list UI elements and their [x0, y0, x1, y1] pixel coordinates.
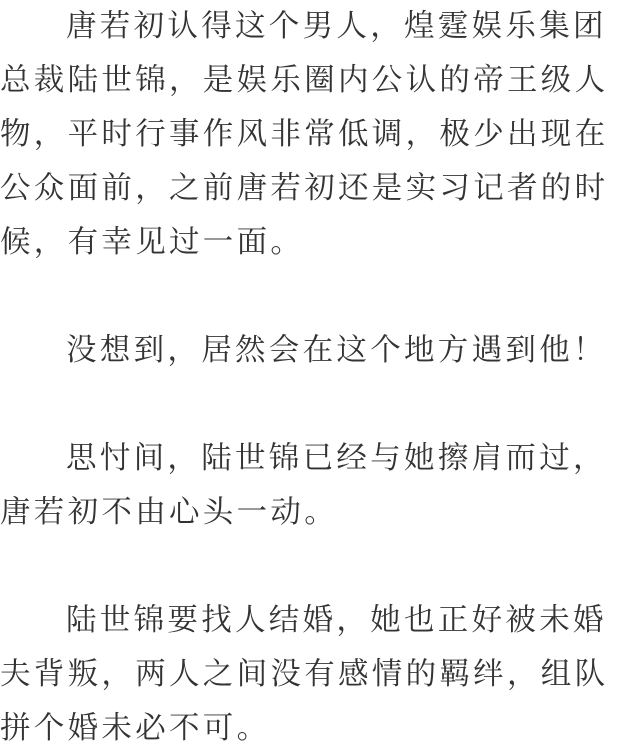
- paragraph-1: 唐若初认得这个男人，煌霆娱乐集团总裁陆世锦，是娱乐圈内公认的帝王级人物，平时行事…: [0, 0, 640, 270]
- paragraph-spacer: [0, 270, 640, 324]
- document-page: 唐若初认得这个男人，煌霆娱乐集团总裁陆世锦，是娱乐圈内公认的帝王级人物，平时行事…: [0, 0, 640, 754]
- paragraph-spacer: [0, 540, 640, 594]
- paragraph-3: 思忖间，陆世锦已经与她擦肩而过，唐若初不由心头一动。: [0, 432, 640, 540]
- paragraph-4: 陆世锦要找人结婚，她也正好被未婚夫背叛，两人之间没有感情的羁绊，组队拼个婚未必不…: [0, 594, 640, 754]
- paragraph-spacer: [0, 378, 640, 432]
- paragraph-2: 没想到，居然会在这个地方遇到他！: [0, 324, 640, 378]
